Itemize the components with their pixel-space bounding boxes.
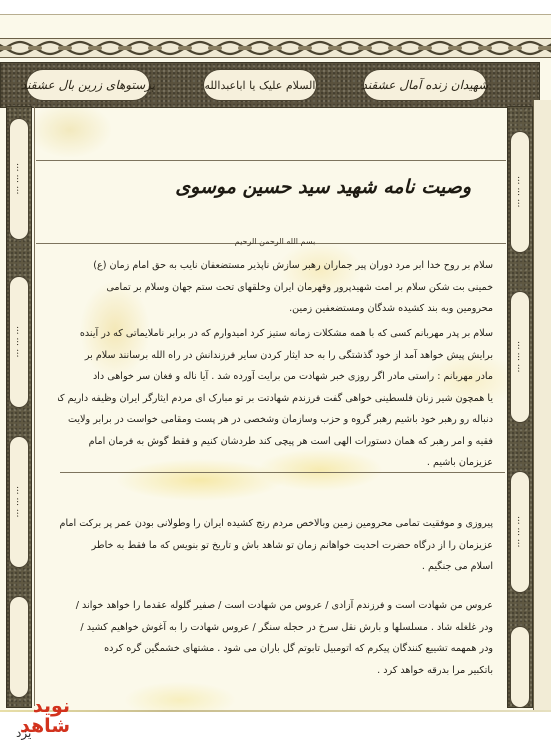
header-cartouche-left: پرستوهای زرین بال عشقند	[29, 72, 147, 98]
right-panel-3: ... ... ...	[511, 472, 529, 592]
text-line: سلام بر روح خدا ابر مرد دوران پیر جماران…	[58, 255, 493, 277]
text-line: خمینی بت شکن سلام بر امت شهیدپرور وقهرما…	[58, 277, 493, 299]
right-panel-2: ... ... ...	[511, 292, 529, 422]
text-line: برایش پیش خواهد آمد از خود گذشتگی را به …	[58, 345, 493, 367]
cartouche-left-text: پرستوهای زرین بال عشقند	[21, 78, 155, 92]
left-panel-text: ... ... ...	[14, 326, 24, 357]
braided-border-band	[0, 38, 551, 58]
text-line: محرومین وبه بند کشیده شدگان ومستضعفین زم…	[58, 298, 493, 320]
text-line: فقیه و امر رهبر که همان دستورات الهی است…	[58, 431, 493, 453]
text-line: اسلام می جنگیم .	[58, 556, 493, 578]
right-side-border: ... ... ... ... ... ... ... ... ...	[507, 106, 533, 708]
text-line: باتکبیر مرا بدرقه خواهد کرد .	[58, 660, 493, 682]
watermark-logo: نوید شاهد یزد	[2, 690, 70, 748]
paragraph-1: سلام بر روح خدا ابر مرد دوران پیر جماران…	[58, 255, 493, 320]
right-outer-border	[533, 100, 551, 710]
right-panel-4	[511, 627, 529, 707]
header-cartouche-middle: السلام علیک یا اباعبدالله	[206, 72, 314, 98]
bottom-margin	[0, 712, 551, 750]
torn-top-edge	[0, 0, 551, 15]
text-line: یا همچون شیر زنان فلسطینی خواهی گفت فرزن…	[58, 388, 493, 410]
header-cartouche-right: شهیدان زنده آمال عشقند	[366, 72, 484, 98]
paragraph-3: پیروزی و موفقیت تمامی محرومین زمین وبالا…	[58, 513, 493, 578]
text-line: ودر همهمه تشییع کنندگان پیکرم که اتومبیل…	[58, 638, 493, 660]
right-panel-text: ... ... ...	[515, 176, 525, 207]
cartouche-right-text: شهیدان زنده آمال عشقند	[362, 78, 489, 92]
text-line: مادر مهربانم : راستی مادر اگر روزی خبر ش…	[58, 366, 493, 388]
text-line: پیروزی و موفقیت تمامی محرومین زمین وبالا…	[58, 513, 493, 535]
text-line: عزیزمان را از درگاه حضرت احدیت خواهانم ز…	[58, 535, 493, 557]
paragraph-2: سلام بر پدر مهربانم کسی که با همه مشکلات…	[58, 323, 493, 474]
left-panel-1: ... ... ...	[10, 119, 28, 239]
ruled-line	[36, 160, 506, 161]
left-panel-text: ... ... ...	[14, 163, 24, 194]
document-title: وصیت نامه شهید سید حسین موسوی	[175, 176, 471, 198]
text-line: دنباله رو رهبر خود باشیم رهبر گروه و حزب…	[58, 409, 493, 431]
left-panel-2: ... ... ...	[10, 277, 28, 407]
cartouche-middle-text: السلام علیک یا اباعبدالله	[205, 79, 316, 92]
watermark-region: یزد	[16, 726, 31, 740]
text-line: سلام بر پدر مهربانم کسی که با همه مشکلات…	[58, 323, 493, 345]
right-panel-1: ... ... ...	[511, 132, 529, 252]
right-panel-text: ... ... ...	[515, 341, 525, 372]
left-panel-4	[10, 597, 28, 697]
left-panel-text: ... ... ...	[14, 486, 24, 517]
text-line: ودر غلغله شاد . مسلسلها و بارش نقل سرخ د…	[58, 617, 493, 639]
text-line: عزیزمان باشیم .	[58, 452, 493, 474]
left-panel-3: ... ... ...	[10, 437, 28, 567]
document-scan: پرستوهای زرین بال عشقند السلام علیک یا ا…	[0, 0, 551, 750]
right-panel-text: ... ... ...	[515, 516, 525, 547]
bismillah: بسم الله الرحمن الرحیم	[200, 237, 350, 246]
text-line: عروس من شهادت است و فرزندم آزادی / عروس …	[58, 595, 493, 617]
header-band: پرستوهای زرین بال عشقند السلام علیک یا ا…	[0, 62, 540, 108]
left-side-border: ... ... ... ... ... ... ... ... ...	[6, 106, 32, 708]
paragraph-4: عروس من شهادت است و فرزندم آزادی / عروس …	[58, 595, 493, 681]
